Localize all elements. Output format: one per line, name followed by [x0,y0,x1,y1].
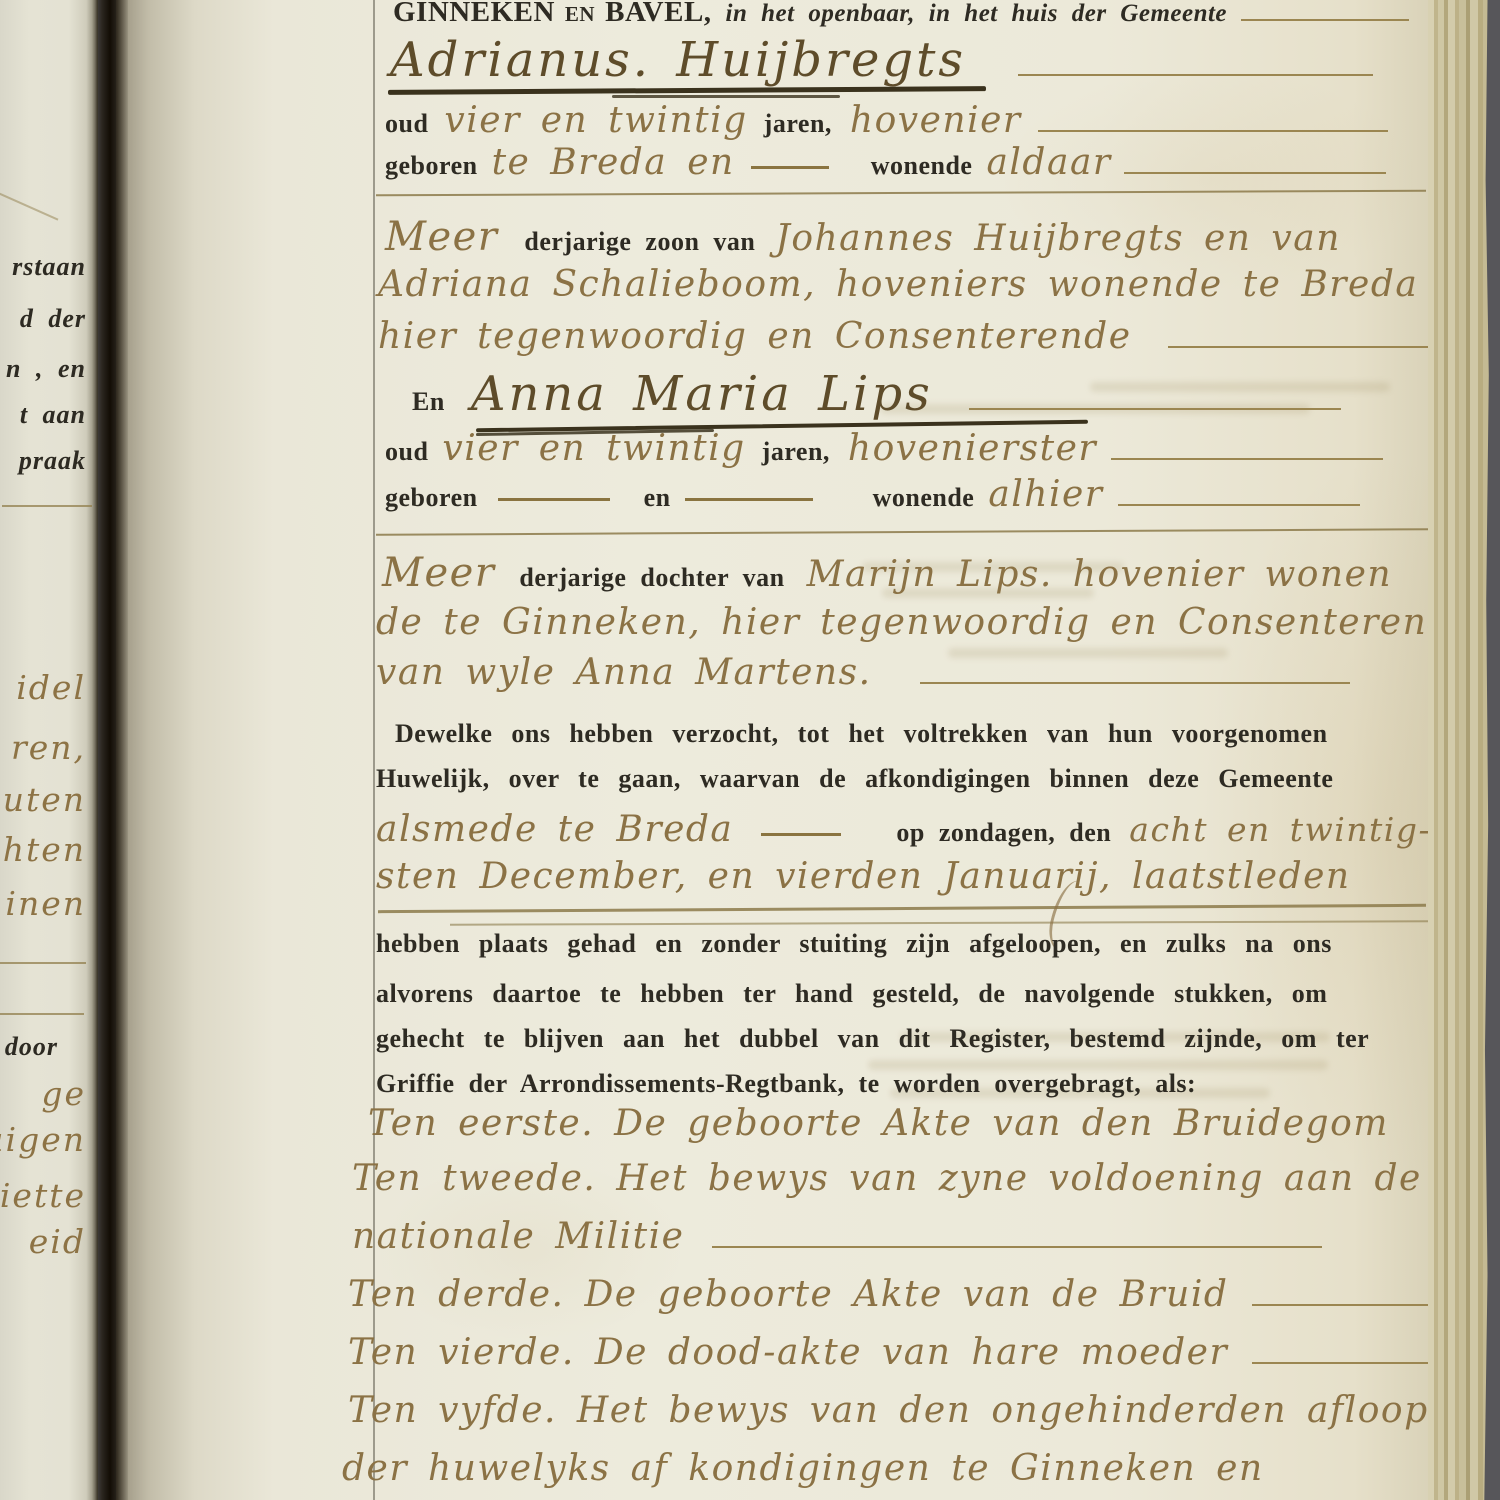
documents-paragraph-line: Griffie der Arrondissements-Regtbank, te… [376,1069,1196,1099]
document-item-4: Ten vierde. De dood-akte van hare moeder [348,1332,1450,1373]
blank-fill-line [1018,70,1373,76]
handwritten-text: Adriana Schalieboom, hoveniers wonende t… [378,264,1418,305]
document-item-2: Ten tweede. Het bewys van zyne voldoenin… [352,1158,1422,1199]
handwritten-text: Ten eerste. De geboorte Akte van den Bru… [368,1103,1389,1144]
bride-parents-line: Meerderjarige dochter vanMarijn Lips. ho… [382,550,1392,596]
banns-line: alsmede te Bredaop zondagen, denacht en … [376,809,1431,850]
groom-name-line: Adrianus. Huijbregts [390,32,1373,88]
handwritten-text: acht en twintig- [1129,810,1431,849]
blank-fill-line [1118,500,1360,506]
handwritten-text: der huwelyks af kondigingen te Ginneken … [342,1448,1264,1489]
documents-paragraph-line: hebben plaats gehad en zonder stuiting z… [376,929,1332,959]
heading-line: GINNEKENENBAVEL,in het openbaar, in het … [393,0,1409,29]
handwritten-text: Anna Maria Lips [471,366,933,422]
handwritten-text: alhier [988,474,1103,515]
printed-text: EN [565,2,595,27]
handwritten-text: Ten vierde. De dood-akte van hare moeder [348,1332,1228,1373]
handwritten-text: Marijn Lips. hovenier wonen [807,554,1393,595]
handwritten-text: Ten tweede. Het bewys van zyne voldoenin… [352,1158,1422,1199]
bride-name-line: EnAnna Maria Lips [412,366,1341,422]
bride-age-occupation-line: oudvier en twintigjaren,hovenierster [385,428,1383,469]
document-item-5: Ten vyfde. Het bewys van den ongehinderd… [348,1390,1429,1431]
blank-dash [761,833,841,836]
blank-dash [498,498,610,501]
handwritten-text: hovenierster [848,428,1097,469]
blank-fill-line [969,404,1341,410]
handwritten-text: Ten derde. De geboorte Akte van de Bruid [348,1274,1228,1315]
groom-parents-consent-line: hier tegenwoordig en Consenterende [378,316,1493,357]
printed-text: derjarige zoon van [524,227,755,257]
handwritten-text: nationale Militie [352,1216,684,1257]
handwritten-text: Johannes Huijbregts en van [775,218,1341,259]
groom-birth-residence-line: geborente Breda enwonendealdaar [385,142,1386,183]
document-item-5: der huwelyks af kondigingen te Ginneken … [342,1448,1264,1489]
blank-fill-line [920,678,1350,684]
printed-text: wonende [871,151,973,181]
handwritten-text: hovenier [850,100,1022,141]
printed-text: wonende [873,483,975,513]
handwritten-text: sten December, en vierden Januarij, laat… [376,856,1351,897]
handwritten-text: de te Ginneken, hier tegenwoordig en Con… [376,602,1500,643]
request-paragraph-line: Huwelijk, over te gaan, waarvan de afkon… [376,764,1333,794]
blank-fill-line [712,1242,1322,1248]
blank-dash [685,498,813,501]
handwritten-text: van wyle Anna Martens. [376,652,872,693]
document-item-2: nationale Militie [352,1216,1322,1257]
book-scan: rstaand dern , ent aanpraakidelren,outen… [0,0,1500,1500]
printed-text: in het openbaar, in het huis der Gemeent… [726,0,1227,28]
printed-text: jaren, [764,109,832,139]
printed-text: Griffie der Arrondissements-Regtbank, te… [376,1069,1196,1099]
handwritten-text: vier en twintig [442,428,745,469]
printed-text: gehecht te blijven aan het dubbel van di… [376,1024,1369,1054]
blank-fill-line [1124,168,1386,174]
handwritten-text: Meer [385,214,498,260]
printed-text: BAVEL, [605,0,711,29]
printed-text: geboren [385,151,478,181]
bride-parents-line: de te Ginneken, hier tegenwoordig en Con… [376,602,1500,643]
printed-text: en [644,483,671,513]
printed-text: jaren, [762,437,830,467]
printed-text: op zondagen, den [896,818,1111,848]
handwritten-text: vier en twintig [444,100,747,141]
blank-fill-line [1252,1358,1450,1364]
handwritten-text: te Breda en [492,142,735,183]
printed-text: Dewelke ons hebben verzocht, tot het vol… [395,719,1328,749]
blank-fill-line [1038,126,1388,132]
groom-parents-line: Meerderjarige zoon vanJohannes Huijbregt… [385,214,1341,260]
documents-paragraph-line: alvorens daartoe te hebben ter hand gest… [376,979,1327,1009]
page-edge-stack [1428,0,1500,1500]
printed-text: GINNEKEN [393,0,555,29]
handwritten-text: aldaar [986,142,1111,183]
bride-birth-residence-line: geborenenwonendealhier [385,474,1360,515]
blank-dash [751,166,829,169]
document-item-3: Ten derde. De geboorte Akte van de Bruid [348,1274,1487,1315]
blank-fill-line [1241,15,1409,21]
handwritten-text: Adrianus. Huijbregts [390,32,966,88]
groom-parents-line: Adriana Schalieboom, hoveniers wonende t… [378,264,1418,305]
document-item-1: Ten eerste. De geboorte Akte van den Bru… [368,1103,1389,1144]
printed-text: alvorens daartoe te hebben ter hand gest… [376,979,1327,1009]
printed-text: oud [385,437,428,467]
printed-text: Huwelijk, over te gaan, waarvan de afkon… [376,764,1333,794]
handwritten-text: hier tegenwoordig en Consenterende [378,316,1132,357]
groom-age-occupation-line: oudvier en twintigjaren,hovenier [385,100,1388,141]
blank-fill-line [1111,454,1383,460]
documents-paragraph-line: gehecht te blijven aan het dubbel van di… [376,1024,1369,1054]
printed-text: En [412,387,445,417]
banns-dates-line: sten December, en vierden Januarij, laat… [376,856,1351,897]
bride-mother-line: van wyle Anna Martens. [376,652,1350,693]
printed-text: geboren [385,483,478,513]
printed-text: oud [385,109,428,139]
handwritten-text: alsmede te Breda [376,809,733,850]
handwritten-text: Ten vyfde. Het bewys van den ongehinderd… [348,1390,1429,1431]
page-edge-stripes [1428,0,1492,1500]
request-paragraph-line: Dewelke ons hebben verzocht, tot het vol… [395,719,1328,749]
handwritten-text: Meer [382,550,495,596]
printed-text: hebben plaats gehad en zonder stuiting z… [376,929,1332,959]
main-page-content: GINNEKENENBAVEL,in het openbaar, in het … [0,0,1500,1500]
printed-text: derjarige dochter van [519,563,784,593]
